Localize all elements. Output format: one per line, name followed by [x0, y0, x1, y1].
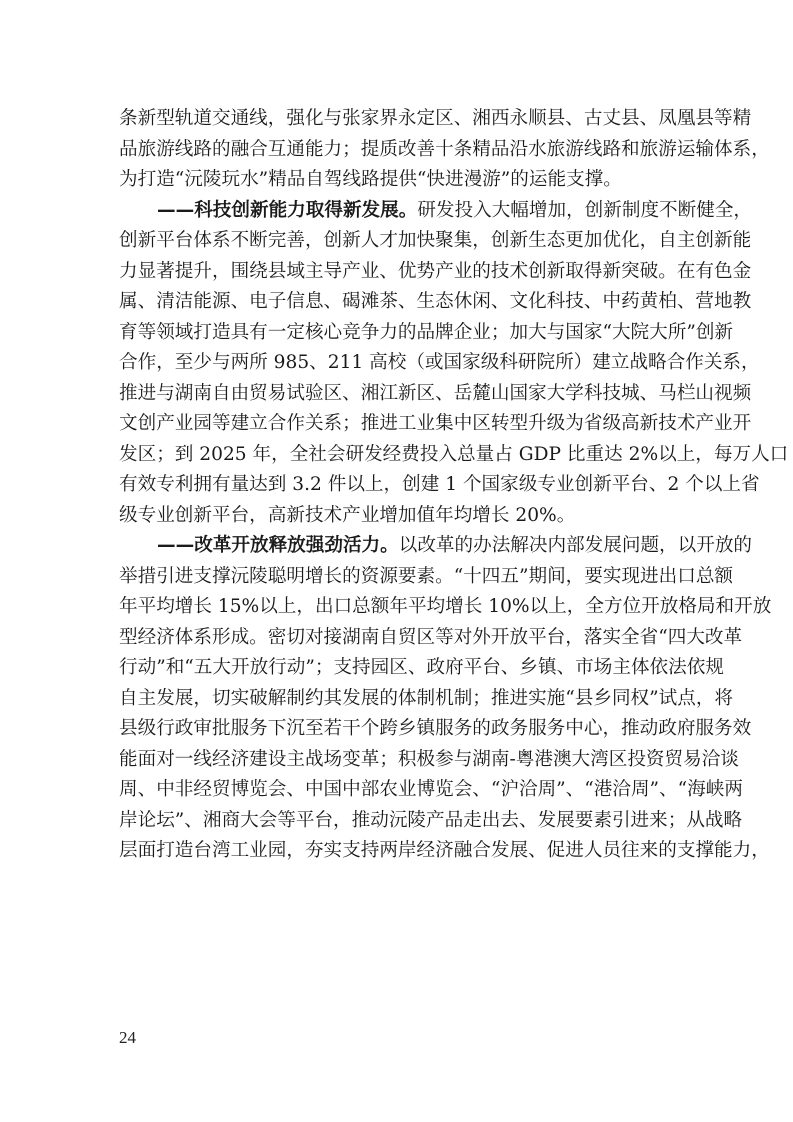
paragraph-first-line: ——科技创新能力取得新发展。研发投入大幅增加，创新制度不断健全， — [119, 196, 691, 227]
text-line: 年平均增长 15%以上，出口总额年平均增长 10%以上，全方位开放格局和开放 — [119, 592, 691, 623]
paragraph-first-line: ——改革开放释放强劲活力。以改革的办法解决内部发展问题，以开放的 — [119, 531, 691, 562]
text-line: 周、中非经贸博览会、中国中部农业博览会、“沪洽周”、“港洽周”、“海峡两 — [119, 775, 691, 806]
text-line: 级专业创新平台，高新技术产业增加值年均增长 20%。 — [119, 501, 691, 532]
text-line: 自主发展，切实破解制约其发展的体制机制；推进实施“县乡同权”试点，将 — [119, 684, 691, 715]
document-page: 条新型轨道交通线，强化与张家界永定区、湘西永顺县、古丈县、凤凰县等精 品旅游线路… — [0, 0, 793, 1122]
text-line: 能面对一线经济建设主战场变革；积极参与湖南-粤港澳大湾区投资贸易洽谈 — [119, 745, 691, 776]
text-line: 岸论坛”、湘商大会等平台，推动沅陵产品走出去、发展要素引进来；从战略 — [119, 806, 691, 837]
text-line: 品旅游线路的融合互通能力；提质改善十条精品沿水旅游线路和旅游运输体系， — [119, 135, 691, 166]
text-line: 条新型轨道交通线，强化与张家界永定区、湘西永顺县、古丈县、凤凰县等精 — [119, 104, 691, 135]
section-heading-tech-innovation: ——科技创新能力取得新发展。 — [157, 200, 417, 221]
text-line: 文创产业园等建立合作关系；推进工业集中区转型升级为省级高新技术产业开 — [119, 409, 691, 440]
text-line: 力显著提升，围绕县域主导产业、优势产业的技术创新取得新突破。在有色金 — [119, 257, 691, 288]
text-line: 层面打造台湾工业园，夯实支持两岸经济融合发展、促进人员往来的支撑能力， — [119, 836, 691, 867]
text-line: 行动”和“五大开放行动”；支持园区、政府平台、乡镇、市场主体依法依规 — [119, 653, 691, 684]
text-line: 创新平台体系不断完善，创新人才加快聚集，创新生态更加优化，自主创新能 — [119, 226, 691, 257]
text-line: 有效专利拥有量达到 3.2 件以上，创建 1 个国家级专业创新平台、2 个以上省 — [119, 470, 691, 501]
text-line: 属、清洁能源、电子信息、碣滩茶、生态休闲、文化科技、中药黄柏、营地教 — [119, 287, 691, 318]
text-line: 合作，至少与两所 985、211 高校（或国家级科研院所）建立战略合作关系， — [119, 348, 691, 379]
text-line: 推进与湖南自由贸易试验区、湘江新区、岳麓山国家大学科技城、马栏山视频 — [119, 379, 691, 410]
text-line: 型经济体系形成。密切对接湖南自贸区等对外开放平台，落实全省“四大改革 — [119, 623, 691, 654]
text-run: 研发投入大幅增加，创新制度不断健全， — [417, 200, 752, 221]
page-number: 24 — [119, 1028, 136, 1048]
text-line: 发区；到 2025 年，全社会研发经费投入总量占 GDP 比重达 2%以上，每万… — [119, 440, 691, 471]
section-heading-reform-opening: ——改革开放释放强劲活力。 — [157, 535, 399, 556]
body-text: 条新型轨道交通线，强化与张家界永定区、湘西永顺县、古丈县、凤凰县等精 品旅游线路… — [119, 104, 691, 867]
text-line: 育等领域打造具有一定核心竞争力的品牌企业；加大与国家“大院大所”创新 — [119, 318, 691, 349]
text-line: 县级行政审批服务下沉至若干个跨乡镇服务的政务服务中心，推动政府服务效 — [119, 714, 691, 745]
text-run: 以改革的办法解决内部发展问题，以开放的 — [399, 535, 752, 556]
text-line: 为打造“沅陵玩水”精品自驾线路提供“快进漫游”的运能支撑。 — [119, 165, 691, 196]
text-line: 举措引进支撑沅陵聪明增长的资源要素。“十四五”期间，要实现进出口总额 — [119, 562, 691, 593]
